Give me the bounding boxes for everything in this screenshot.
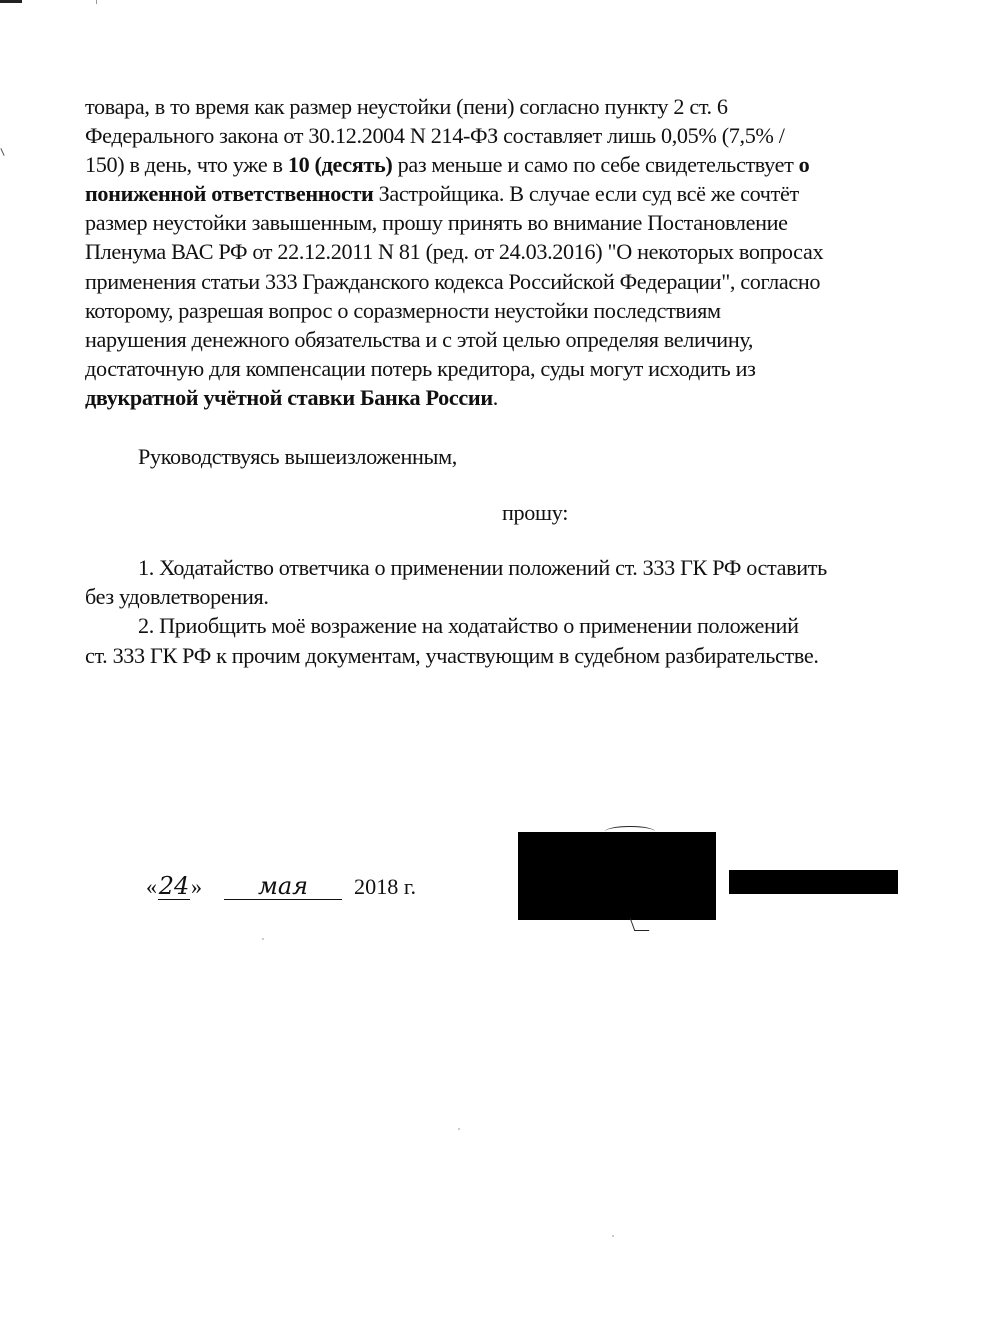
text-run: раз меньше и само по себе свидетельствуе… bbox=[392, 152, 798, 177]
scan-speck bbox=[262, 938, 264, 940]
emphasized-text: двукратной учётной ставки Банка России bbox=[85, 385, 493, 410]
paragraph-line: Пленума ВАС РФ от 22.12.2011 N 81 (ред. … bbox=[85, 237, 955, 266]
request-item-2: 2. Приобщить моё возражение на ходатайст… bbox=[85, 611, 965, 669]
scan-artifact-mark bbox=[0, 0, 22, 3]
request-item-1-first-line: 1. Ходатайство ответчика о применении по… bbox=[85, 553, 965, 582]
text-run: . bbox=[493, 385, 498, 410]
text-run: Застройщика. В случае если суд всё же со… bbox=[373, 181, 798, 206]
scan-speck bbox=[612, 1235, 614, 1237]
text-run: товара, в то время как размер неустойки … bbox=[85, 94, 728, 119]
paragraph-line: товара, в то время как размер неустойки … bbox=[85, 92, 955, 121]
request-heading: прошу: bbox=[502, 500, 568, 526]
date-year: 2018 г. bbox=[354, 874, 416, 900]
scan-speck bbox=[458, 1128, 460, 1130]
paragraph-line: двукратной учётной ставки Банка России. bbox=[85, 383, 955, 412]
argument-paragraph: товара, в то время как размер неустойки … bbox=[85, 92, 955, 412]
emphasized-text: 10 (десять) bbox=[288, 152, 393, 177]
paragraph-line: размер неустойки завышенным, прошу приня… bbox=[85, 208, 955, 237]
date-day-handwritten: 24 bbox=[158, 873, 190, 900]
text-run: 150) в день, что уже в bbox=[85, 152, 288, 177]
request-item-2-continuation: ст. 333 ГК РФ к прочим документам, участ… bbox=[85, 641, 965, 670]
scan-artifact-tick bbox=[96, 0, 97, 4]
text-run: достаточную для компенсации потерь креди… bbox=[85, 356, 756, 381]
paragraph-line: достаточную для компенсации потерь креди… bbox=[85, 354, 955, 383]
text-run: Пленума ВАС РФ от 22.12.2011 N 81 (ред. … bbox=[85, 239, 823, 264]
date-close-quote: » bbox=[191, 874, 202, 900]
redacted-signature-block bbox=[518, 832, 716, 920]
text-run: применения статьи 333 Гражданского кодек… bbox=[85, 269, 820, 294]
request-item-1-continuation: без удовлетворения. bbox=[85, 582, 965, 611]
guided-by-line: Руководствуясь вышеизложенным, bbox=[138, 444, 457, 470]
redacted-name-block bbox=[729, 870, 898, 894]
paragraph-line: которому, разрешая вопрос о соразмерност… bbox=[85, 296, 955, 325]
request-item-2-first-line: 2. Приобщить моё возражение на ходатайст… bbox=[85, 611, 965, 640]
scan-artifact-edge bbox=[0, 148, 4, 156]
paragraph-line: Федерального закона от 30.12.2004 N 214-… bbox=[85, 121, 955, 150]
text-run: размер неустойки завышенным, прошу приня… bbox=[85, 210, 788, 235]
date-open-quote: « bbox=[146, 874, 157, 900]
paragraph-line: пониженной ответственности Застройщика. … bbox=[85, 179, 955, 208]
paragraph-line: 150) в день, что уже в 10 (десять) раз м… bbox=[85, 150, 955, 179]
paragraph-line: нарушения денежного обязательства и с эт… bbox=[85, 325, 955, 354]
signing-date: « 24 » мая 2018 г. bbox=[146, 864, 416, 900]
paragraph-line: применения статьи 333 Гражданского кодек… bbox=[85, 267, 955, 296]
text-run: которому, разрешая вопрос о соразмерност… bbox=[85, 298, 721, 323]
date-month-handwritten: мая bbox=[224, 873, 342, 900]
request-list: 1. Ходатайство ответчика о применении по… bbox=[85, 553, 965, 670]
request-item-1: 1. Ходатайство ответчика о применении по… bbox=[85, 553, 965, 611]
text-run: Федерального закона от 30.12.2004 N 214-… bbox=[85, 123, 785, 148]
text-run: нарушения денежного обязательства и с эт… bbox=[85, 327, 753, 352]
emphasized-text: пониженной ответственности bbox=[85, 181, 373, 206]
emphasized-text: о bbox=[799, 152, 810, 177]
